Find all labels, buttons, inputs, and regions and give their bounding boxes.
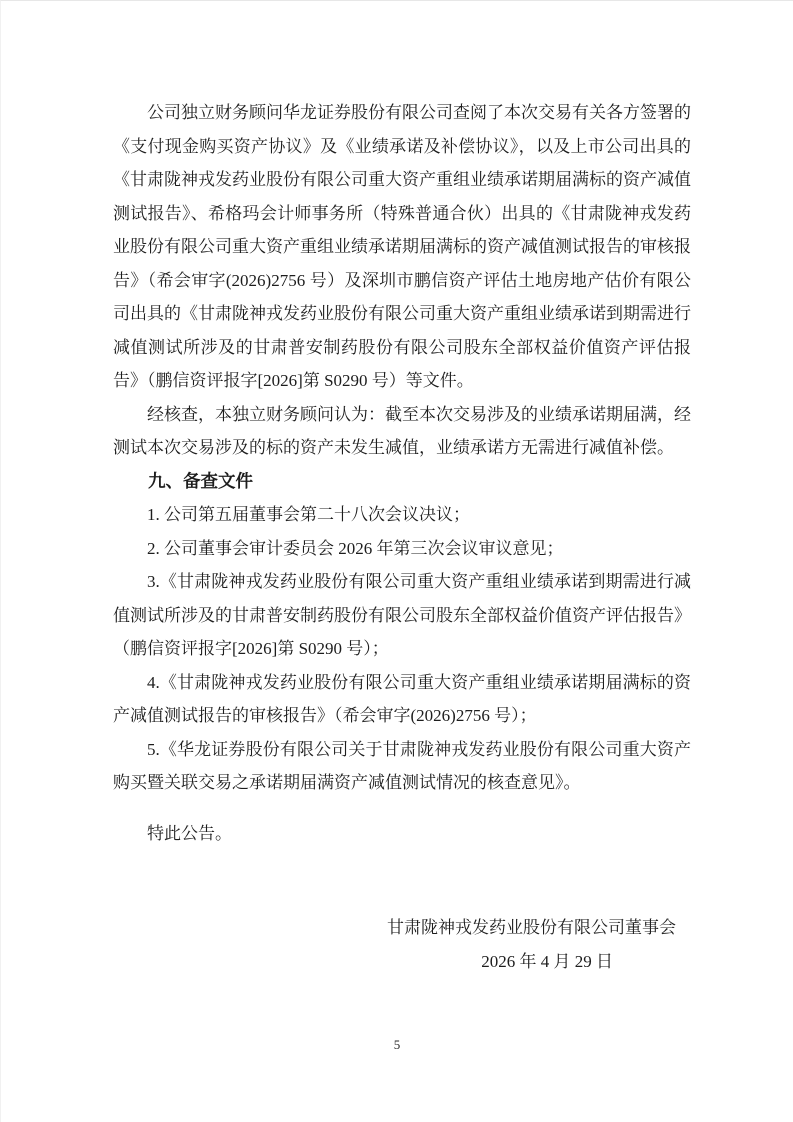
- signature-company: 甘肃陇神戎发药业股份有限公司董事会: [113, 911, 691, 945]
- closing-statement: 特此公告。: [113, 817, 691, 851]
- list-item-3: 3.《甘肃陇神戎发药业股份有限公司重大资产重组业绩承诺到期需进行减值测试所涉及的…: [113, 565, 691, 666]
- list-item-2: 2. 公司董事会审计委员会 2026 年第三次会议审议意见；: [113, 532, 691, 566]
- list-item-4: 4.《甘肃陇神戎发药业股份有限公司重大资产重组业绩承诺期届满标的资产减值测试报告…: [113, 666, 691, 733]
- list-item-1: 1. 公司第五届董事会第二十八次会议决议；: [113, 498, 691, 532]
- signature-block: 甘肃陇神戎发药业股份有限公司董事会 2026 年 4 月 29 日: [113, 911, 691, 978]
- section-heading: 九、备查文件: [113, 465, 691, 499]
- document-content: 公司独立财务顾问华龙证券股份有限公司查阅了本次交易有关各方签署的《支付现金购买资…: [113, 96, 691, 978]
- document-page: 公司独立财务顾问华龙证券股份有限公司查阅了本次交易有关各方签署的《支付现金购买资…: [0, 0, 793, 1122]
- list-item-5: 5.《华龙证券股份有限公司关于甘肃陇神戎发药业股份有限公司重大资产购买暨关联交易…: [113, 733, 691, 800]
- paragraph-advisor-review: 公司独立财务顾问华龙证券股份有限公司查阅了本次交易有关各方签署的《支付现金购买资…: [113, 96, 691, 398]
- signature-date: 2026 年 4 月 29 日: [113, 945, 691, 979]
- paragraph-conclusion: 经核查，本独立财务顾问认为：截至本次交易涉及的业绩承诺期届满，经测试本次交易涉及…: [113, 398, 691, 465]
- page-number: 5: [1, 1037, 793, 1053]
